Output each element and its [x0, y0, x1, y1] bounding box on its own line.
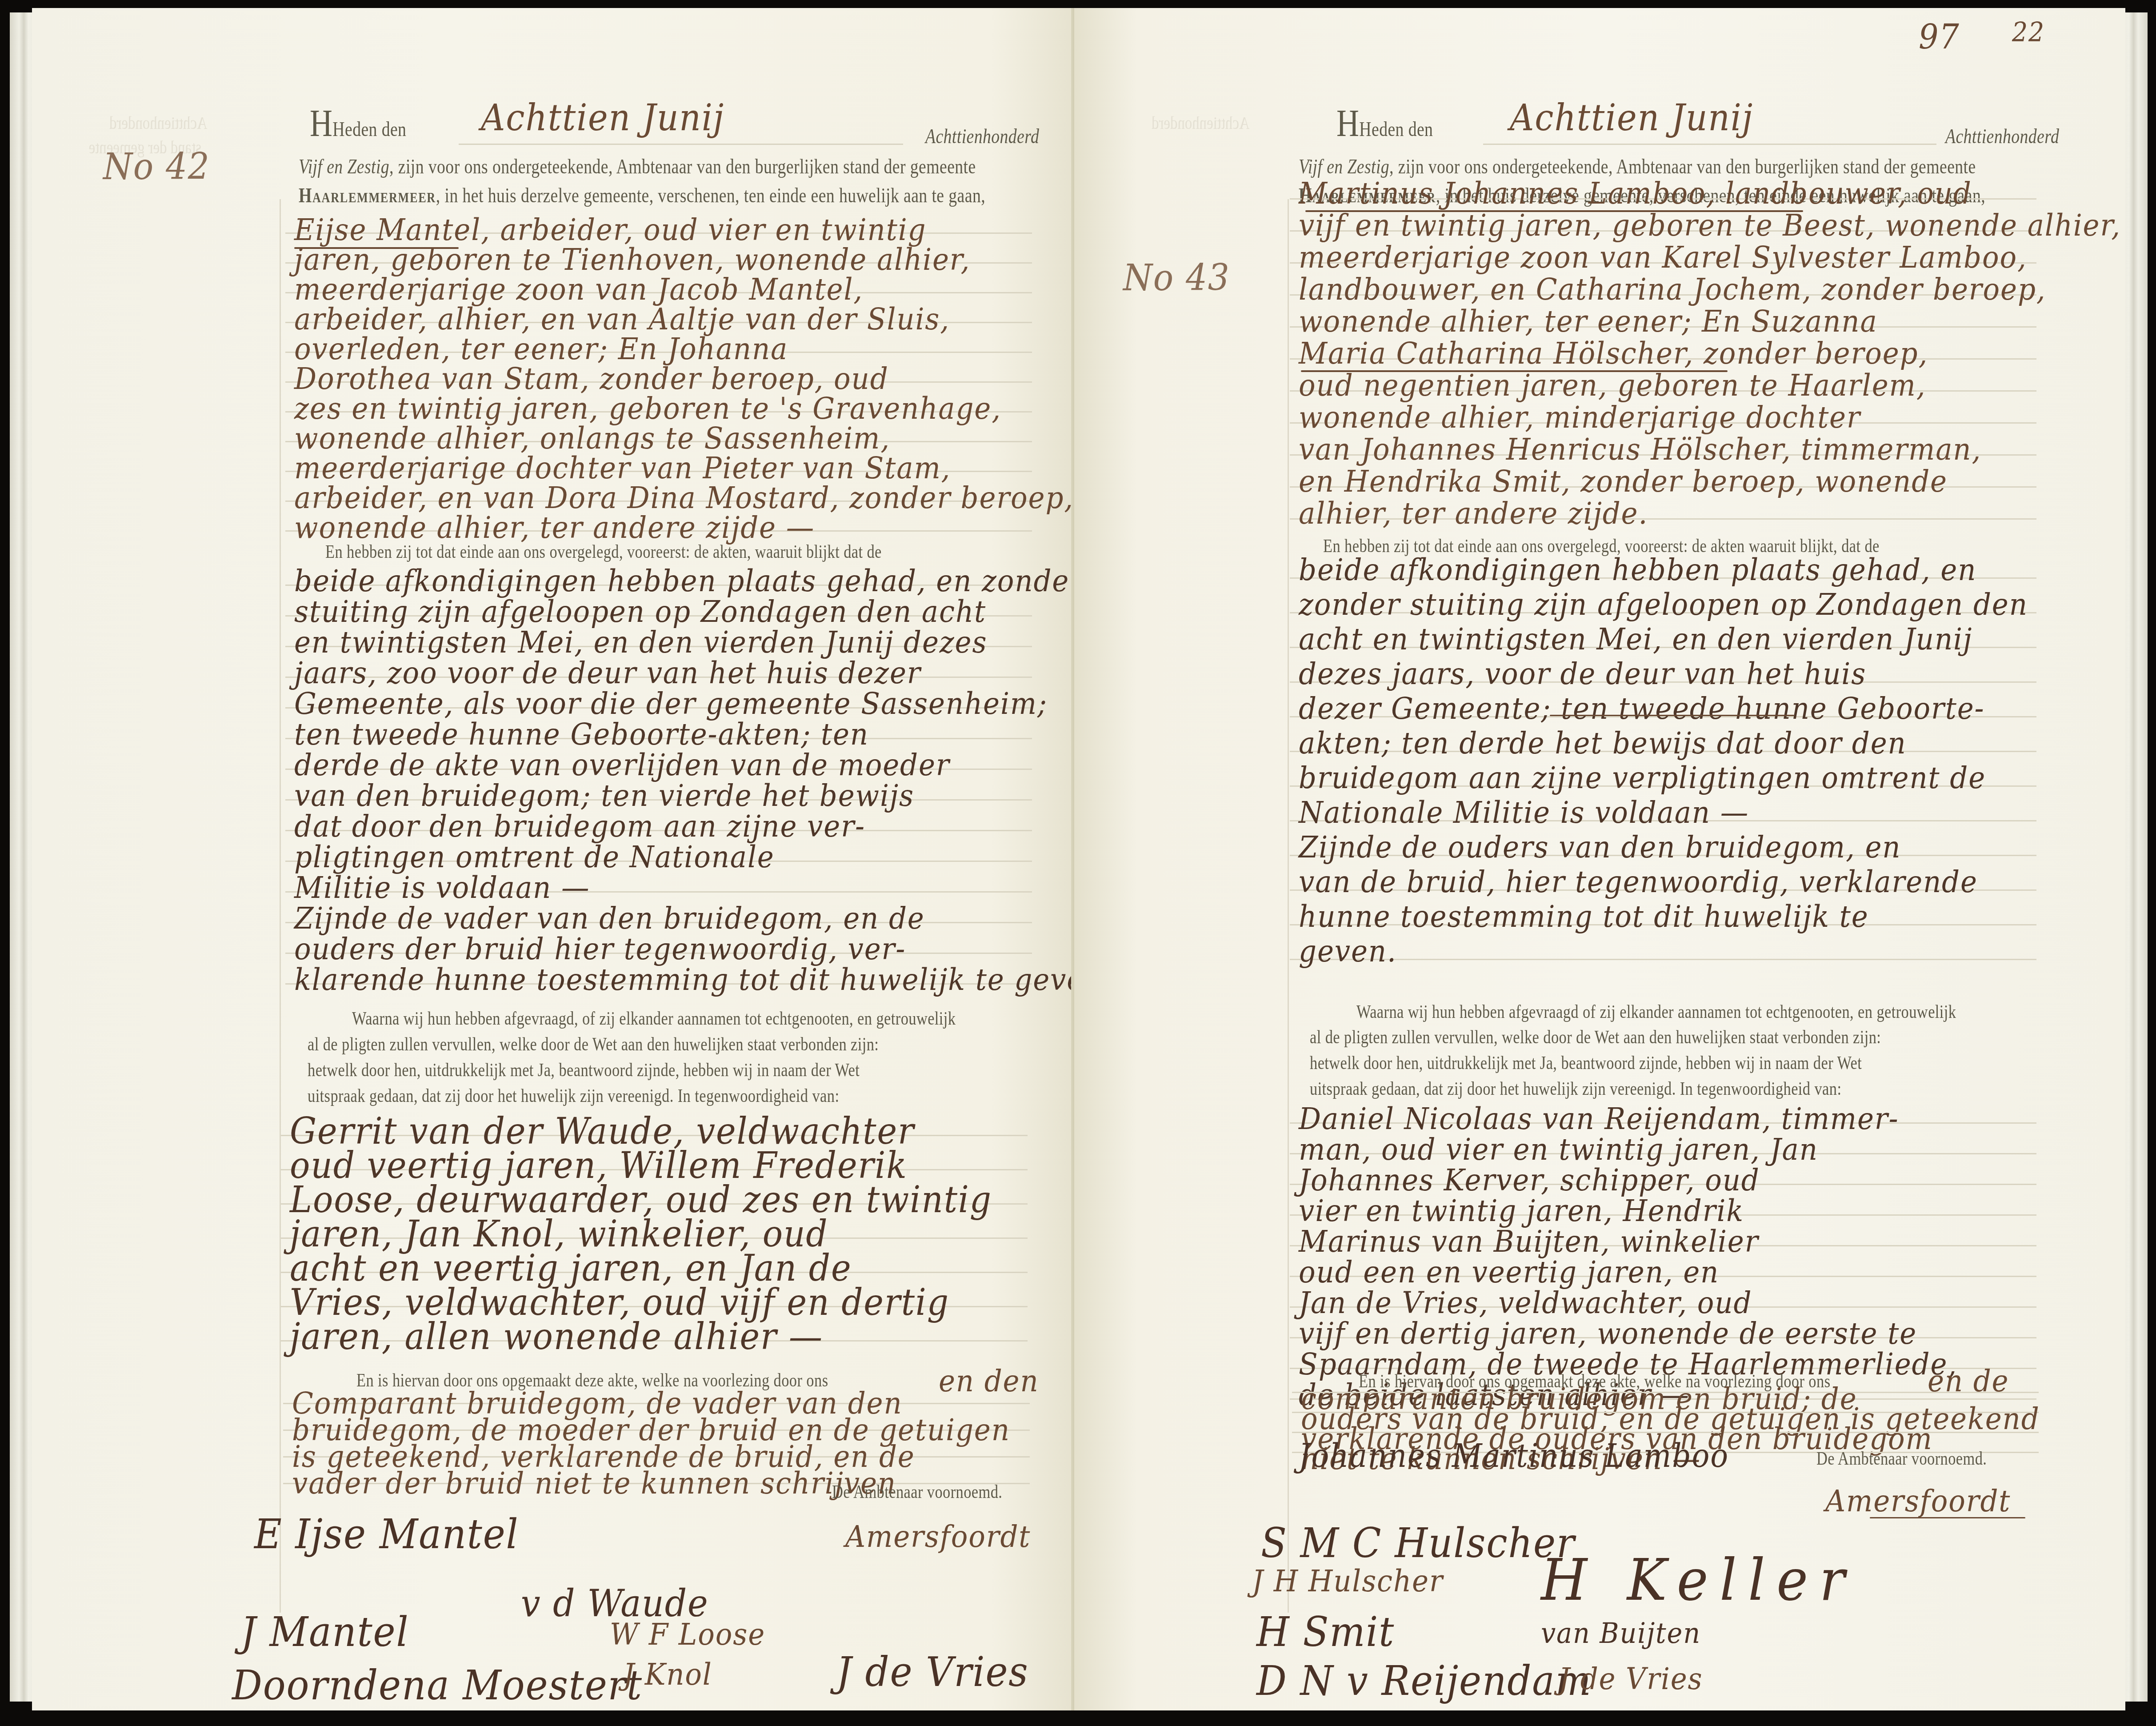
handwritten-line: vader der bruid niet te kunnen schrijven — [292, 1466, 896, 1501]
printed-line-2-text: , zijn voor ons ondergeteekende, Ambtena… — [389, 155, 976, 178]
printed-line-2: Vijf en Zestig, zijn voor ons ondergetee… — [1299, 155, 1976, 178]
handwritten-line: Zijnde de ouders van den bruidegom, en — [1299, 830, 1901, 865]
signature-witness-4: J de Vries — [836, 1648, 1029, 1696]
year-label: Vijf en Zestig — [299, 155, 389, 178]
printed-line-2-text: , zijn voor ons ondergeteekende, Ambtena… — [1389, 155, 1976, 178]
signature-groom: Johannes Martinus Lamboo — [1299, 1437, 1729, 1474]
signature-father: J Mantel — [241, 1608, 409, 1656]
signature-witness-big: H Keller — [1541, 1546, 1856, 1614]
page-number: 22 — [2012, 17, 2045, 48]
handwritten-line: bruidegom aan zijne verpligtingen omtren… — [1299, 761, 1986, 796]
fill-line — [1483, 144, 1936, 145]
handwritten-line: oud een en veertig jaren, en — [1299, 1255, 1719, 1290]
handwritten-line: Maria Catharina Hölscher, zonder beroep, — [1299, 336, 1928, 371]
handwritten-line: Militie is voldaan — — [294, 870, 590, 905]
handwritten-line: dezer Gemeente; ten tweede hunne Geboort… — [1299, 691, 1985, 726]
handwritten-line: klarende hunne toestemming tot dit huwel… — [294, 962, 1103, 997]
handwritten-line: Nationale Militie is voldaan — — [1299, 795, 1749, 830]
handwritten-line: geven. — [1299, 934, 1397, 969]
heden-den-label: Heden den — [332, 118, 406, 140]
signature-bride: S M C Hulscher — [1261, 1519, 1575, 1567]
handwritten-line: van den bruidegom; ten vierde het bewijs — [294, 778, 914, 813]
handwritten-date: Achttien Junij — [1510, 97, 1753, 139]
handwritten-line: van Johannes Henricus Hölscher, timmerma… — [1299, 432, 1981, 467]
printed-heden-den: HHeden den — [1336, 117, 1433, 141]
groom-name-underline — [294, 247, 459, 249]
municipality-name: Haarlemmermeer — [299, 184, 436, 207]
signature-official: Amersfoordt — [845, 1519, 1031, 1554]
drop-cap-h: H — [1336, 102, 1359, 144]
handwritten-line: akten; ten derde het bewijs dat door den — [1299, 726, 1907, 761]
handwritten-line: beide afkondigingen hebben plaats gehad,… — [294, 564, 1084, 599]
printed-heden-den: HHeden den — [310, 117, 406, 141]
fill-line — [459, 144, 903, 145]
handwritten-line: hunne toestemming tot dit huwelijk te — [1299, 899, 1869, 934]
handwritten-line: vijf en twintig jaren, geboren te Beest,… — [1299, 208, 2121, 243]
handwritten-line: landbouwer, en Catharina Jochem, zonder … — [1299, 272, 2046, 307]
handwritten-line: alhier, ter andere zijde. — [1299, 496, 1648, 531]
signature-bride-father: J H Hulscher — [1252, 1564, 1444, 1599]
ruled-line — [1290, 959, 2036, 960]
handwritten-line: dat door den bruidegom aan zijne ver- — [294, 809, 865, 844]
handwritten-line: ouders der bruid hier tegenwoordig, ver- — [294, 932, 906, 967]
closing-inline: en de — [1928, 1364, 2009, 1399]
open-register-book: Achttienhonderd stand der gemeente No 42… — [10, 8, 2148, 1719]
handwritten-line: jaren, allen wonende alhier — — [290, 1316, 823, 1358]
handwritten-line: oud negentien jaren, geboren te Haarlem, — [1299, 368, 1926, 403]
handwritten-line: meerderjarige zoon van Karel Sylvester L… — [1299, 240, 2027, 275]
margin-line — [1288, 199, 1289, 1613]
printed-line-3: Haarlemmermeer, in het huis derzelve gem… — [299, 184, 985, 207]
signature-witness-3: J Knol — [623, 1657, 712, 1692]
printed-waarna-1: Waarna wij hun hebben afgevraagd of zij … — [1356, 1001, 1956, 1023]
end-rule — [1550, 715, 1794, 716]
printed-line-3-text: , in het huis derzelve gemeente, versche… — [436, 184, 985, 207]
handwritten-line: wonende alhier, ter eener; En Suzanna — [1299, 304, 1878, 339]
record-number: No 42 — [103, 146, 210, 188]
signature-bride-mother: H Smit — [1256, 1608, 1395, 1656]
signature-official: Amersfoordt — [1825, 1484, 2011, 1519]
handwritten-line: jaars, zoo voor de deur van het huis dez… — [294, 656, 921, 691]
handwritten-line: vier en twintig jaren, Hendrik — [1299, 1193, 1744, 1229]
handwritten-line: zonder stuiting zijn afgeloopen op Zonda… — [1299, 587, 2028, 622]
printed-en-hebben: En hebben zij tot dat einde aan ons over… — [325, 541, 882, 563]
bride-name-underline — [1301, 370, 1728, 372]
folio-number: 97 — [1919, 17, 1960, 56]
signature-witness-2: W F Loose — [610, 1617, 765, 1652]
printed-waarna-1: Waarna wij hun hebben afgevraagd, of zij… — [352, 1008, 956, 1029]
bleed-through-text: Achttienhonderd — [109, 112, 207, 133]
handwritten-line: Johannes Kerver, schipper, oud — [1299, 1163, 1760, 1198]
signature-witness-4: J de Vries — [1559, 1662, 1703, 1697]
handwritten-line: Gemeente, als voor die der gemeente Sass… — [294, 686, 1048, 721]
drop-cap-h: H — [310, 102, 332, 144]
printed-waarna-3: hetwelk door hen, uitdrukkelijk met Ja, … — [1310, 1053, 1862, 1074]
handwritten-line: Martinus Johannes Lamboo, landbouwer, ou… — [1299, 176, 1972, 211]
groom-name-underline — [1305, 210, 1803, 212]
handwritten-line: van de bruid, hier tegenwoordig, verklar… — [1299, 865, 1978, 900]
handwritten-line: beide afkondigingen hebben plaats gehad,… — [1299, 553, 1976, 588]
handwritten-line: man, oud vier en twintig jaren, Jan — [1299, 1132, 1818, 1167]
achttienhonderd-label: Achttienhonderd — [1945, 124, 2059, 148]
handwritten-line: Daniel Nicolaas van Reijendam, timmer- — [1299, 1101, 1899, 1137]
printed-waarna-4: uitspraak gedaan, dat zij door het huwel… — [308, 1085, 839, 1107]
handwritten-line: en Hendrika Smit, zonder beroep, wonende — [1299, 464, 1948, 499]
handwritten-line: en twintigsten Mei, en den vierden Junij… — [294, 625, 987, 660]
printed-waarna-3: hetwelk door hen, uitdrukkelijk met Ja, … — [308, 1060, 860, 1081]
handwritten-line: dezes jaars, voor de deur van het huis — [1299, 657, 1866, 692]
handwritten-line: stuiting zijn afgeloopen op Zondagen den… — [294, 594, 986, 629]
ambtenaar-label: De Ambtenaar voornoemd. — [832, 1482, 1002, 1503]
signature-witness-2: van Buijten — [1541, 1617, 1701, 1650]
handwritten-line: acht en twintigsten Mei, en den vierden … — [1299, 622, 1972, 657]
handwritten-line: Jan de Vries, veldwachter, oud — [1299, 1285, 1752, 1321]
handwritten-line: Zijnde de vader van den bruidegom, en de — [294, 901, 925, 936]
achttienhonderd-label: Achttienhonderd — [925, 124, 1039, 148]
handwritten-line: derde de akte van overlijden van de moed… — [294, 748, 950, 783]
handwritten-line: Marinus van Buijten, winkelier — [1299, 1224, 1759, 1259]
margin-line — [280, 199, 281, 1613]
official-flourish — [1870, 1517, 2025, 1518]
handwritten-line: wonende alhier, minderjarige dochter — [1299, 400, 1861, 435]
year-label: Vijf en Zestig — [1299, 155, 1389, 178]
printed-line-2: Vijf en Zestig, zijn voor ons ondergetee… — [299, 155, 976, 178]
signature-witness-1: D N v Reijendam — [1256, 1657, 1592, 1705]
record-number: No 43 — [1123, 257, 1230, 299]
closing-inline: en den — [939, 1364, 1039, 1399]
printed-waarna-2: al de pligten zullen vervullen, welke do… — [1310, 1027, 1881, 1048]
heden-den-label: Heden den — [1359, 118, 1433, 140]
printed-waarna-2: al de pligten zullen vervullen, welke do… — [308, 1034, 879, 1055]
handwritten-date: Achttien Junij — [481, 97, 724, 139]
printed-waarna-4: uitspraak gedaan, dat zij door het huwel… — [1310, 1078, 1841, 1100]
signature-groom: E Ijse Mantel — [254, 1510, 519, 1558]
handwritten-line: wonende alhier, ter andere zijde — — [294, 510, 815, 545]
bleed-through-text: Achttienhonderd — [1152, 112, 1249, 133]
handwritten-line: pligtingen omtrent de Nationale — [294, 840, 775, 875]
right-page: Achttienhonderd 97 22 No 43 HHeden den A… — [1074, 8, 2125, 1710]
ambtenaar-label: De Ambtenaar voornoemd. — [1816, 1448, 1987, 1470]
signature-mother: Doorndena Moestert — [232, 1662, 643, 1709]
handwritten-line: vijf en dertig jaren, wonende de eerste … — [1299, 1316, 1917, 1351]
handwritten-line: ten tweede hunne Geboorte-akten; ten — [294, 717, 869, 752]
left-page: Achttienhonderd stand der gemeente No 42… — [32, 8, 1074, 1710]
